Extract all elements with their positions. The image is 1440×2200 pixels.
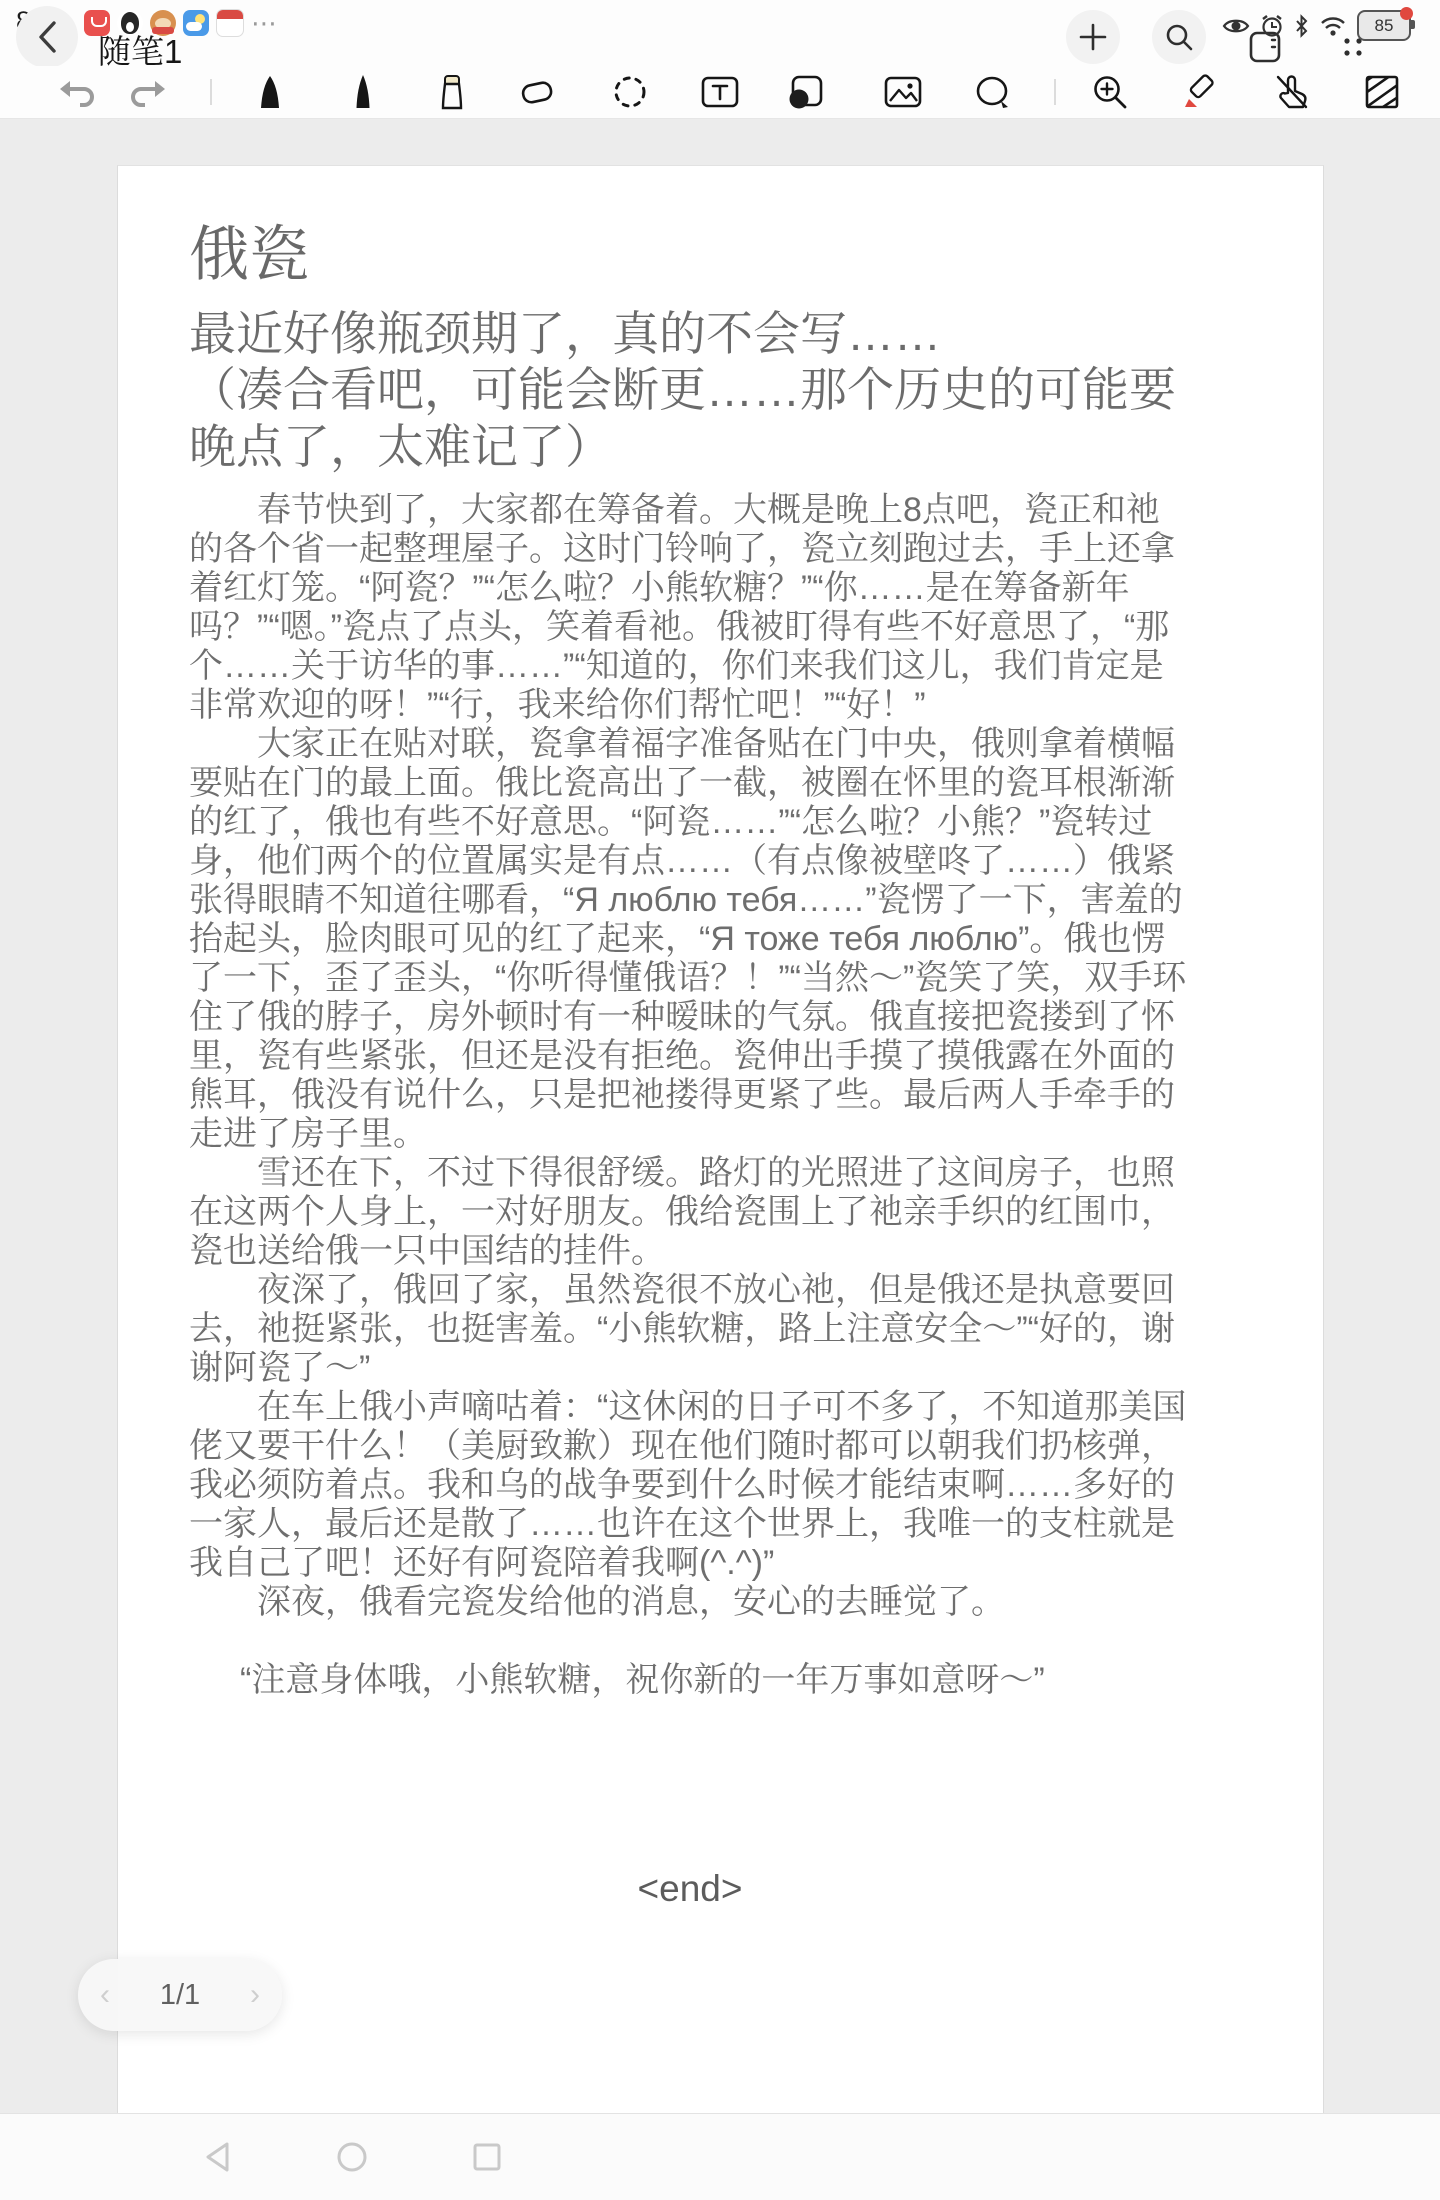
- nav-recents-square-icon: [470, 2140, 504, 2174]
- eye-comfort-icon: [1222, 16, 1250, 36]
- top-bar: 8:16 ⋯ 随笔1 85: [0, 0, 1440, 66]
- zoom-in-button[interactable]: [1090, 72, 1130, 112]
- editing-toolbar: [0, 66, 1440, 119]
- redo-button[interactable]: [128, 72, 168, 112]
- page-indicator-label: 1/1: [160, 1979, 200, 2012]
- doc-paragraph: 深夜，俄看完瓷发给他的消息，安心的去睡觉了。: [189, 1583, 1191, 1622]
- search-icon: [1164, 22, 1194, 52]
- toolbar-separator: [1054, 79, 1056, 105]
- alarm-icon: [1260, 14, 1284, 38]
- wifi-icon: [1319, 15, 1347, 37]
- prev-page-button[interactable]: ‹: [100, 1978, 110, 2012]
- brush-pen-button[interactable]: [343, 72, 383, 112]
- doc-title: 俄瓷: [189, 222, 1191, 288]
- text-box-button[interactable]: [700, 72, 740, 112]
- lasso-select-button[interactable]: [610, 72, 650, 112]
- eraser-button[interactable]: [517, 72, 557, 112]
- toolbar-separator: [210, 79, 212, 105]
- redo-icon: [129, 77, 167, 107]
- doc-subtitle-line: 最近好像瓶颈期了，真的不会写……: [189, 306, 1191, 362]
- text-box-icon: [700, 75, 740, 109]
- battery-badge: [1400, 7, 1413, 20]
- background-pattern-button[interactable]: [1362, 72, 1402, 112]
- back-button[interactable]: [16, 6, 78, 68]
- eraser-icon: [518, 75, 556, 109]
- doc-paragraph: 春节快到了，大家都在筹备着。大概是晚上8点吧，瓷正和祂的各个省一起整理屋子。这时…: [189, 491, 1191, 725]
- zoom-in-icon: [1091, 73, 1129, 111]
- pattern-icon: [1363, 73, 1401, 111]
- status-icons: 85: [1222, 10, 1411, 41]
- search-button[interactable]: [1152, 10, 1206, 64]
- add-page-button[interactable]: [1066, 10, 1120, 64]
- pen-eraser-icon: [1181, 73, 1219, 111]
- lasso-icon: [611, 73, 649, 111]
- note-page-canvas[interactable]: 俄瓷 最近好像瓶颈期了，真的不会写…… （凑合看吧，可能会断更……那个历史的可能…: [117, 165, 1324, 2114]
- undo-button[interactable]: [57, 72, 97, 112]
- mail-icon: [216, 9, 244, 37]
- next-page-button[interactable]: ›: [250, 1978, 260, 2012]
- bluetooth-icon: [1294, 14, 1309, 38]
- pen-icon: [253, 73, 287, 111]
- shape-sticker-button[interactable]: [785, 72, 825, 112]
- doc-paragraph: 雪还在下，不过下得很舒缓。路灯的光照进了这间房子，也照在这两个人身上，一对好朋友…: [189, 1154, 1191, 1271]
- image-icon: [883, 75, 923, 109]
- end-mark: <end>: [189, 1868, 1191, 1910]
- doodle-button[interactable]: [973, 72, 1013, 112]
- battery-level: 85: [1375, 16, 1394, 36]
- plus-icon: [1078, 22, 1108, 52]
- pen-tool-button[interactable]: [250, 72, 290, 112]
- document-body: 俄瓷 最近好像瓶颈期了，真的不会写…… （凑合看吧，可能会断更……那个历史的可能…: [118, 166, 1323, 1910]
- nav-home-button[interactable]: [335, 2140, 369, 2174]
- pen-eraser-button[interactable]: [1180, 72, 1220, 112]
- battery-icon: 85: [1357, 10, 1411, 41]
- nav-back-button[interactable]: [201, 2140, 235, 2174]
- weather-icon: [183, 10, 209, 36]
- nav-recents-button[interactable]: [470, 2140, 504, 2174]
- brush-pen-icon: [348, 73, 378, 111]
- highlighter-button[interactable]: [432, 72, 472, 112]
- highlighter-icon: [437, 73, 467, 111]
- page-indicator: ‹ 1/1 ›: [78, 1959, 282, 2031]
- system-nav-bar: [0, 2113, 1440, 2200]
- doc-subtitle-line: （凑合看吧，可能会断更……那个历史的可能要晚点了，太难记了）: [189, 362, 1191, 475]
- touch-write-button[interactable]: [1272, 72, 1312, 112]
- insert-image-button[interactable]: [883, 72, 923, 112]
- nav-back-triangle-icon: [201, 2140, 235, 2174]
- touch-hand-icon: [1274, 73, 1310, 111]
- more-notifications-icon: ⋯: [251, 10, 280, 36]
- doc-closing-quote: “注意身体哦，小熊软糖，祝你新的一年万事如意呀～”: [189, 1661, 1191, 1700]
- doodle-icon: [973, 73, 1013, 111]
- back-chevron-icon: [36, 20, 58, 54]
- doc-paragraph: 大家正在贴对联，瓷拿着福字准备贴在门中央，俄则拿着横幅要贴在门的最上面。俄比瓷高…: [189, 725, 1191, 1154]
- shape-sticker-icon: [785, 73, 825, 111]
- nav-home-circle-icon: [335, 2140, 369, 2174]
- doc-paragraph: 夜深了，俄回了家，虽然瓷很不放心祂，但是俄还是执意要回去，祂挺紧张，也挺害羞。“…: [189, 1271, 1191, 1388]
- doc-paragraph: 在车上俄小声嘀咕着：“这休闲的日子可不多了，不知道那美国佬又要干什么！（美厨致歉…: [189, 1388, 1191, 1583]
- undo-icon: [58, 77, 96, 107]
